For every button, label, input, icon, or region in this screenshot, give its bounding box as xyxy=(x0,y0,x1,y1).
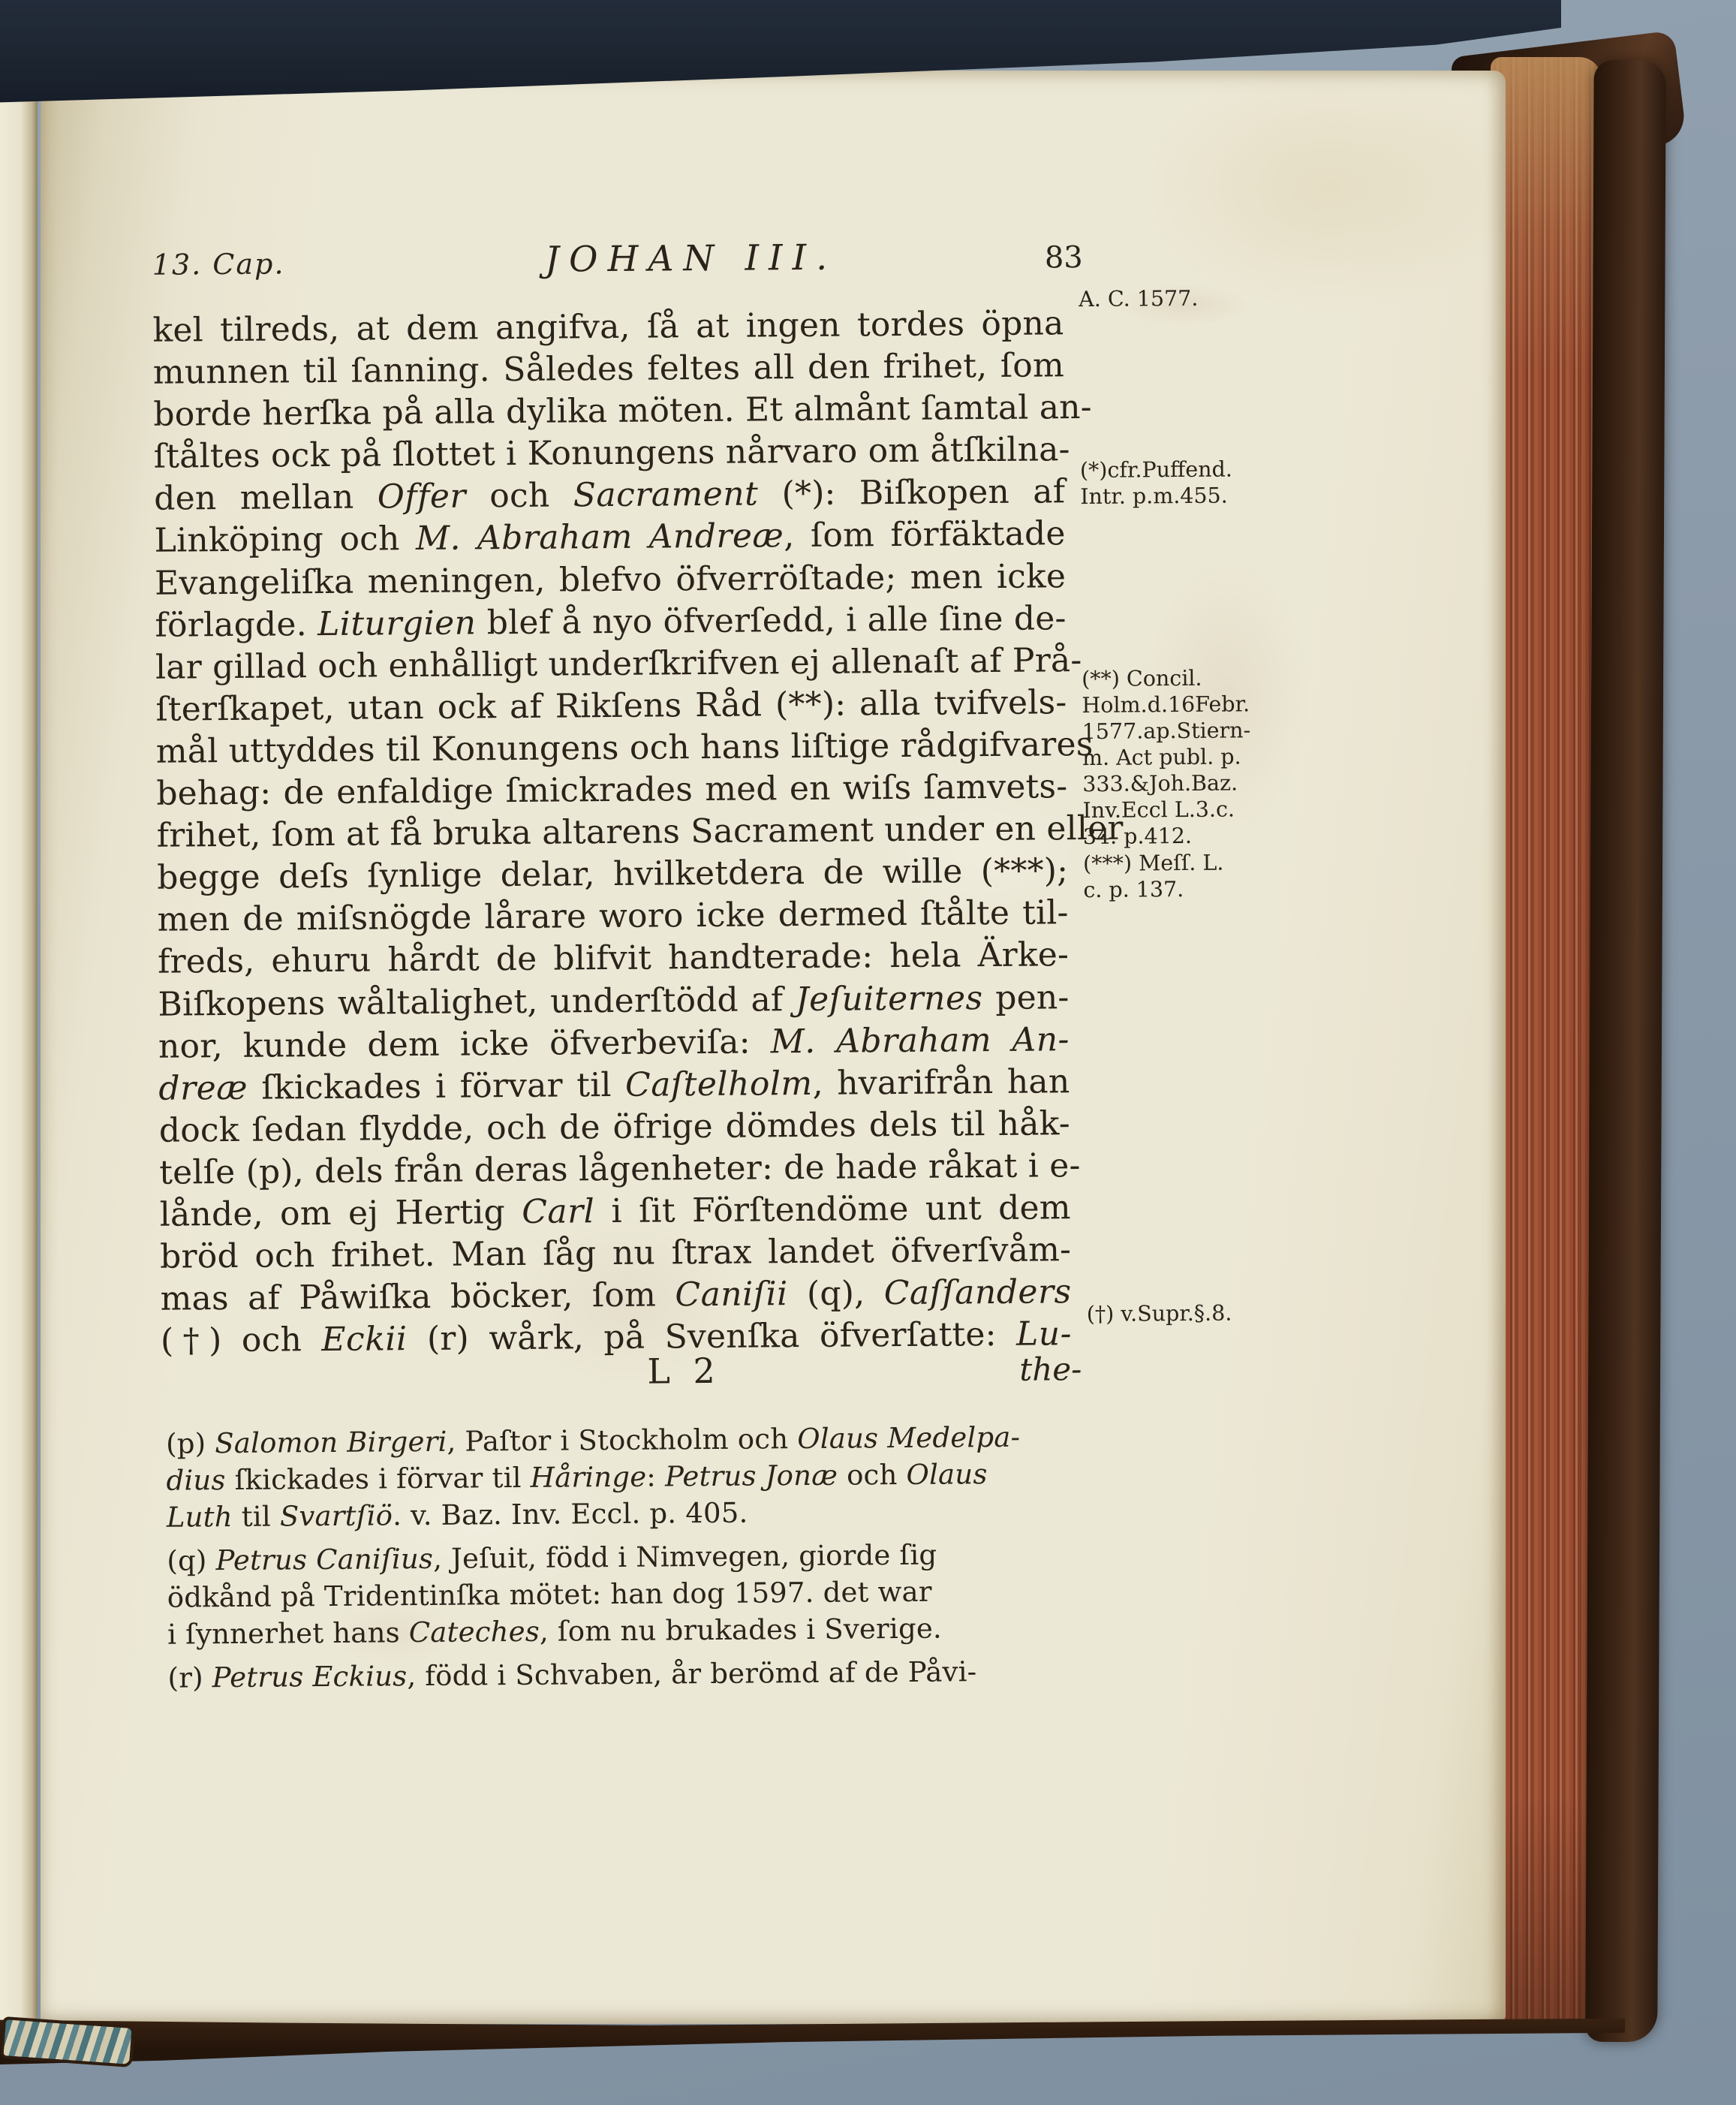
page-number: 83 xyxy=(1045,240,1083,275)
book-page: 13. Cap. JOHAN III. 83 kel tilreds, at d… xyxy=(41,71,1506,2024)
margin-note-line: Intr. p.m.455. xyxy=(1080,482,1317,510)
body-line: lar gillad och enhålligt underſkrifven e… xyxy=(155,640,1067,689)
body-line: förlagde. Liturgien blef å nyo öfverſedd… xyxy=(155,598,1066,647)
body-line: Biſkopens wåltalighet, underſtödd af Jeſ… xyxy=(158,977,1069,1026)
margin-note-star: (*)cfr.Puffend.Intr. p.m.455. xyxy=(1080,456,1318,510)
footnote-q: (q) Petrus Caniſius, Jeſuit, född i Nimv… xyxy=(167,1534,1177,1653)
margin-note-line: (*)cfr.Puffend. xyxy=(1080,456,1317,483)
book-cover-edge xyxy=(1585,60,1666,2042)
body-line: dock ſedan flydde, och de öfrige dömdes … xyxy=(159,1103,1070,1152)
body-line: begge deſs ſynlige delar, hvilketdera de… xyxy=(157,850,1068,899)
body-line: men de miſsnögde lårare woro icke dermed… xyxy=(157,893,1068,942)
footnote-line: i ſynnerhet hans Cateches, ſom nu brukad… xyxy=(167,1608,1177,1653)
body-line: mål uttyddes til Konungens och hans liſt… xyxy=(156,724,1067,773)
margin-note-triple-star: (***) Meſſ. L.c. p. 137. xyxy=(1083,849,1321,903)
body-line: mas af Påwiſka böcker, ſom Caniſii (q), … xyxy=(160,1271,1071,1321)
facing-page-edge xyxy=(0,95,38,2028)
body-line: Evangeliſka meningen, blefvo öfverröſtad… xyxy=(155,556,1066,605)
chapter-label: 13. Cap. xyxy=(152,247,285,281)
body-line: telſe (p), dels från deras lågenheter: d… xyxy=(159,1145,1070,1194)
body-line: munnen til ſanning. Således feltes all d… xyxy=(153,345,1064,394)
margin-note-line: (***) Meſſ. L. xyxy=(1083,849,1320,877)
footnote-line: (r) Petrus Eckius, född i Schvaben, år b… xyxy=(167,1652,1177,1697)
body-text: kel tilreds, at dem angifva, ſå at ingen… xyxy=(152,303,1072,1363)
margin-note-dagger: (†) v.Supr.§.8. xyxy=(1087,1299,1324,1327)
catchword: the- xyxy=(1019,1351,1082,1388)
body-line: frihet, ſom at få bruka altarens Sacrame… xyxy=(157,808,1068,857)
margin-note-line: c. p. 137. xyxy=(1083,875,1320,903)
margin-note-line: Inv.Eccl L.3.c. xyxy=(1082,796,1319,824)
footnote-r: (r) Petrus Eckius, född i Schvaben, år b… xyxy=(167,1652,1177,1697)
signature-row: L 2 the- xyxy=(161,1348,1072,1400)
footnote-line: Luth til Svartſiö. v. Baz. Inv. Eccl. p.… xyxy=(167,1491,1176,1536)
margin-note-double-star: (**) Concil.Holm.d.16Febr.1577.ap.Stiern… xyxy=(1082,664,1320,850)
body-line: ſterſkapet, utan ock af Rikſens Råd (**)… xyxy=(155,682,1067,731)
margin-note-line: (**) Concil. xyxy=(1082,664,1319,692)
body-line: dreæ ſkickades i förvar til Caſtelholm, … xyxy=(158,1061,1070,1110)
body-line: ſtåltes ock på ſlottet i Konungens nårva… xyxy=(154,429,1065,479)
page-title: JOHAN III. xyxy=(492,237,837,282)
body-line: Linköping och M. Abraham Andreæ, ſom för… xyxy=(154,513,1065,563)
margin-note-year: A. C. 1577. xyxy=(1079,285,1316,312)
margin-note-line: m. Act publ. p. xyxy=(1082,743,1319,771)
body-line: borde herſka på alla dylika möten. Et al… xyxy=(153,387,1064,436)
body-line: nor, kunde dem icke öfverbeviſa: M. Abra… xyxy=(158,1019,1070,1068)
body-line: lånde, om ej Hertig Carl i ſit Förſtendö… xyxy=(160,1187,1071,1236)
margin-note-line: 333.&Joh.Baz. xyxy=(1082,769,1319,797)
body-line: behag: de enfaldige ſmickrades med en wi… xyxy=(156,766,1067,815)
page-text-layer: 13. Cap. JOHAN III. 83 kel tilreds, at d… xyxy=(32,59,1512,2024)
margin-note-line: 34. p.412. xyxy=(1083,822,1320,850)
body-line: bröd och frihet. Man ſåg nu ſtrax landet… xyxy=(160,1229,1071,1278)
running-header: 13. Cap. JOHAN III. 83 xyxy=(152,235,1083,284)
signature-mark: L 2 xyxy=(647,1351,721,1392)
body-line: kel tilreds, at dem angifva, ſå at ingen… xyxy=(152,303,1064,352)
footnote-p: (p) Salomon Birgeri, Paſtor i Stockholm … xyxy=(166,1417,1176,1536)
margin-note-line: 1577.ap.Stiern- xyxy=(1082,717,1319,745)
margin-note-line: Holm.d.16Febr. xyxy=(1082,691,1319,718)
body-line: den mellan Offer och Sacrament (*): Biſk… xyxy=(154,471,1065,521)
body-line: freds, ehuru hårdt de blifvit handterade… xyxy=(158,935,1069,984)
footnotes: (p) Salomon Birgeri, Paſtor i Stockholm … xyxy=(166,1417,1178,1703)
